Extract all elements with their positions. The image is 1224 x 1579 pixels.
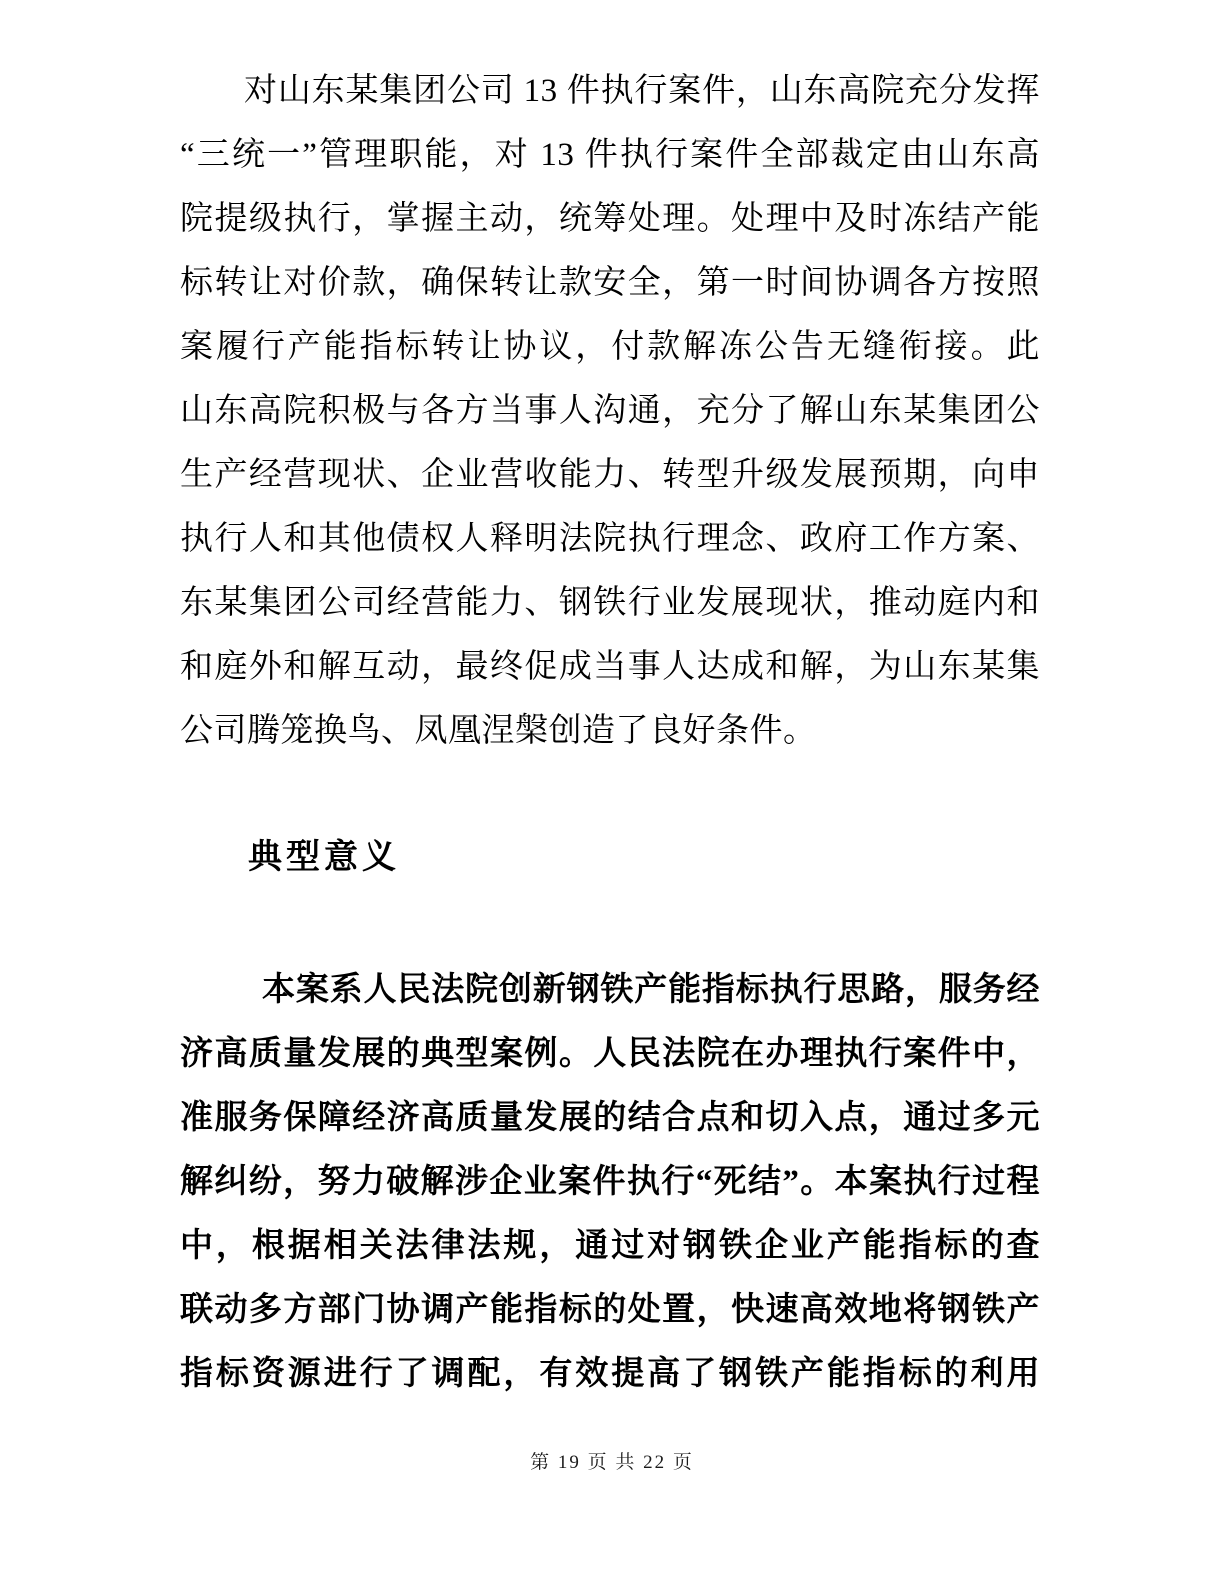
body-line: “三统一”管理职能，对 13 件执行案件全部裁定由山东高 <box>180 123 1040 187</box>
body-line: 济高质量发展的典型案例。人民法院在办理执行案件中，找 <box>180 1022 1040 1086</box>
body-line: 标转让对价款，确保转让款安全，第一时间协调各方按照预 <box>180 251 1040 315</box>
body-line: 解纠纷，努力破解涉企业案件执行“死结”。本案执行过程 <box>180 1150 1040 1214</box>
document-page: 对山东某集团公司 13 件执行案件，山东高院充分发挥 “三统一”管理职能，对 1… <box>0 0 1224 1579</box>
body-line: 指标资源进行了调配，有效提高了钢铁产能指标的利用率， <box>180 1342 1040 1406</box>
body-line: 对山东某集团公司 13 件执行案件，山东高院充分发挥 <box>180 59 1040 123</box>
body-line: 准服务保障经济高质量发展的结合点和切入点，通过多元化 <box>180 1086 1040 1150</box>
body-line: 山东高院积极与各方当事人沟通，充分了解山东某集团公司 <box>180 379 1040 443</box>
paragraph-2: 本案系人民法院创新钢铁产能指标执行思路，服务经 济高质量发展的典型案例。人民法院… <box>180 958 1040 1406</box>
body-line: 联动多方部门协调产能指标的处置，快速高效地将钢铁产能 <box>180 1278 1040 1342</box>
section-heading: 典型意义 <box>248 826 400 890</box>
body-line: 东某集团公司经营能力、钢铁行业发展现状，推动庭内和解 <box>180 571 1040 635</box>
page-footer: 第 19 页 共 22 页 <box>0 1448 1224 1478</box>
body-line: 本案系人民法院创新钢铁产能指标执行思路，服务经 <box>180 958 1040 1022</box>
body-line: 和庭外和解互动，最终促成当事人达成和解，为山东某集团 <box>180 635 1040 699</box>
body-line: 案履行产能指标转让协议，付款解冻公告无缝衔接。此外， <box>180 315 1040 379</box>
body-line: 生产经营现状、企业营收能力、转型升级发展预期，向申请 <box>180 443 1040 507</box>
body-line: 执行人和其他债权人释明法院执行理念、政府工作方案、山 <box>180 507 1040 571</box>
body-line: 公司腾笼换鸟、凤凰涅槃创造了良好条件。 <box>180 699 1040 763</box>
paragraph-1: 对山东某集团公司 13 件执行案件，山东高院充分发挥 “三统一”管理职能，对 1… <box>180 59 1040 763</box>
body-line: 院提级执行，掌握主动，统筹处理。处理中及时冻结产能指 <box>180 187 1040 251</box>
body-line: 中，根据相关法律法规，通过对钢铁企业产能指标的查封、 <box>180 1214 1040 1278</box>
